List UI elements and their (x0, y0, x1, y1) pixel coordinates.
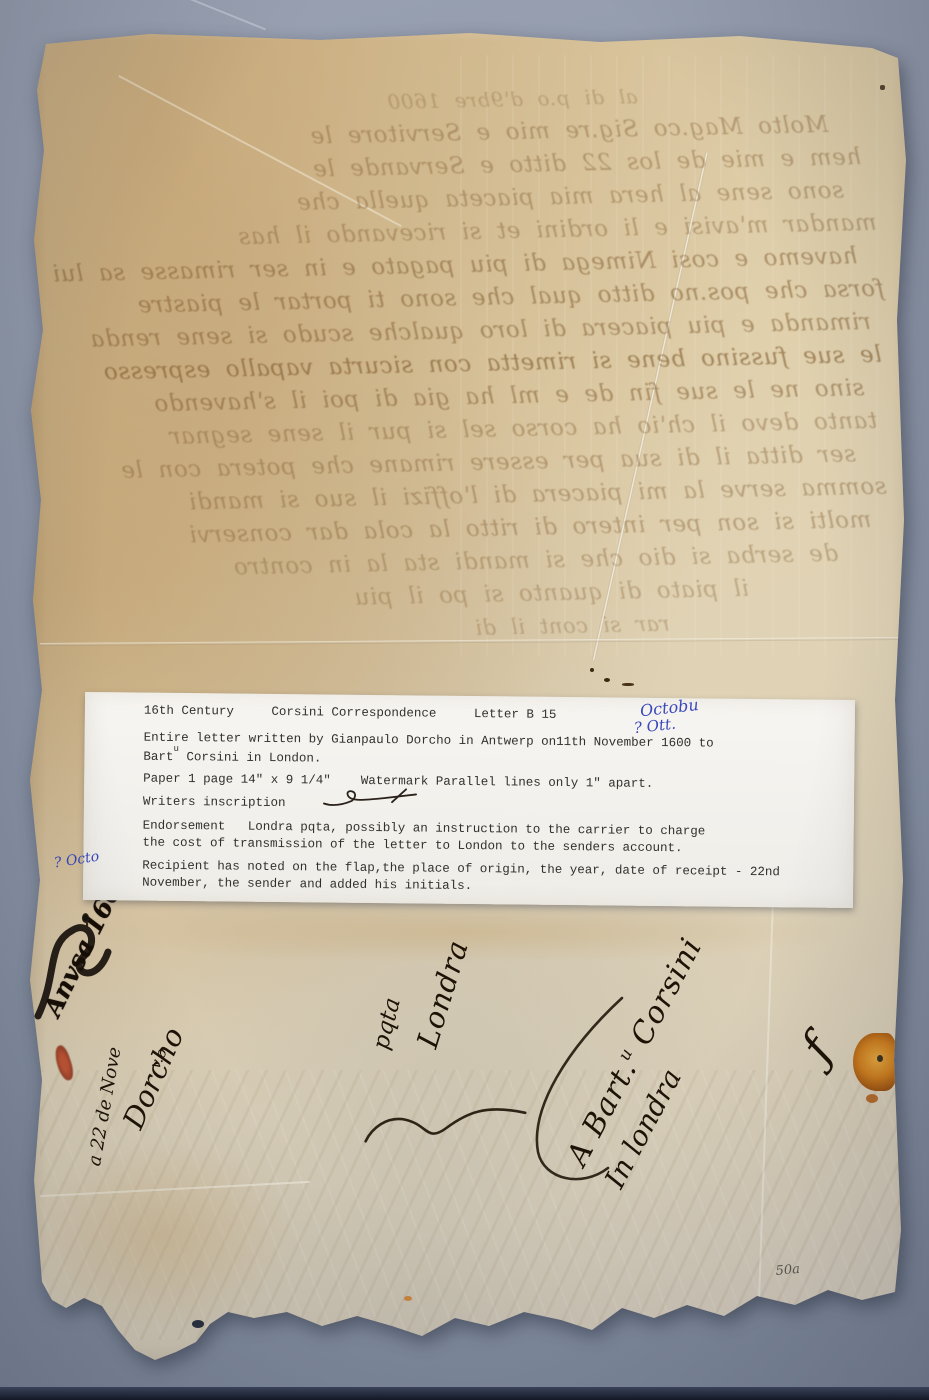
label-summary-line2: Bartu Corsini in London. (143, 748, 321, 766)
pencil-page-number: 50a (775, 1262, 801, 1279)
wax-seal-remnant (853, 1033, 897, 1091)
label-title: 16th Century Corsini Correspondence Lett… (144, 704, 557, 722)
stain-bottom-left (28, 1140, 298, 1330)
paper-hole (82, 913, 89, 923)
label-bart-sup: u (173, 744, 179, 754)
letter-photograph: al di p.o d'9bre 1600 Molto Mag.co Sig.r… (0, 0, 929, 1400)
ink-speck (622, 683, 634, 686)
ink-speck (880, 85, 885, 90)
bleedthrough-text: al di p.o d'9bre 1600 Molto Mag.co Sig.r… (45, 75, 900, 682)
wax-fleck (404, 1296, 412, 1301)
ink-speck (604, 678, 610, 682)
label-writers-inscription: Writers inscription (143, 795, 286, 810)
paper-hole-bottom (192, 1320, 204, 1328)
label-corsini: Corsini in London. (179, 750, 322, 765)
address-flourish (520, 990, 640, 1210)
label-bart: Bart (143, 750, 173, 764)
label-recipient-line2: November, the sender and added his initi… (142, 876, 472, 893)
photo-bottom-edge (0, 1387, 929, 1400)
wax-seal-droplet (866, 1094, 878, 1103)
seal-hole (877, 1055, 883, 1062)
writers-inscription-mark (322, 786, 422, 811)
blue-annotation-top-right: Octobu ? Ott. (639, 696, 701, 736)
ink-speck (590, 668, 594, 672)
catalog-label: 16th Century Corsini Correspondence Lett… (83, 692, 855, 908)
label-endorsement-line2: the cost of transmission of the letter t… (142, 836, 682, 856)
